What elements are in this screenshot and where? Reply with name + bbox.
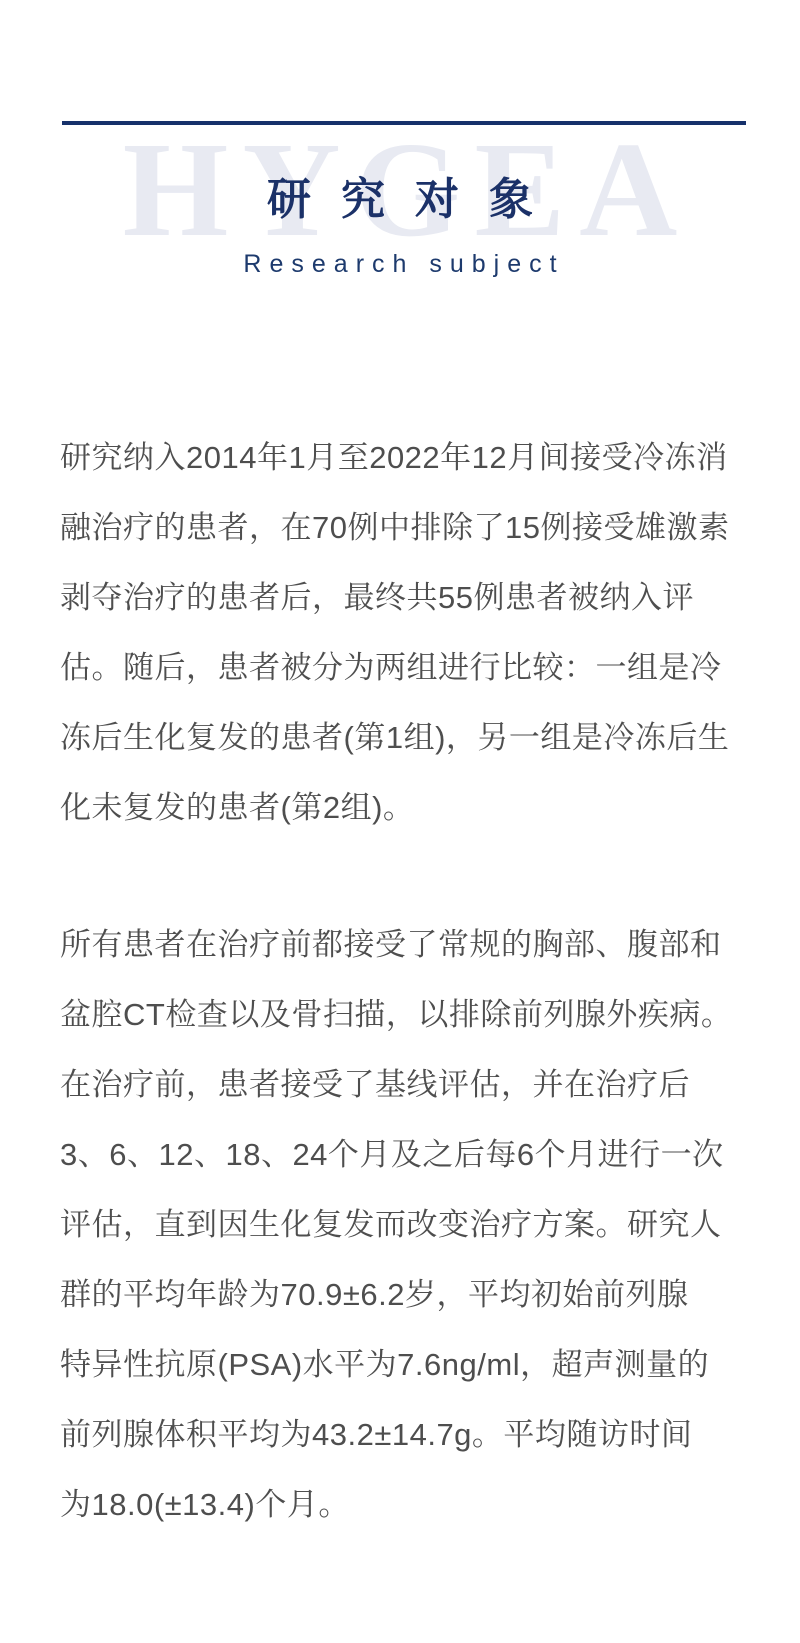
text-line: 研究纳入2014年1月至2022年12月间接受冷冻消 (60, 423, 750, 493)
text-line: 盆腔CT检查以及骨扫描，以排除前列腺外疾病。 (60, 980, 750, 1050)
text-line: 前列腺体积平均为43.2±14.7g。平均随访时间 (60, 1400, 750, 1470)
text-line: 融治疗的患者，在70例中排除了15例接受雄激素 (60, 493, 750, 563)
text-line: 评估，直到因生化复发而改变治疗方案。研究人 (60, 1190, 750, 1260)
page-subtitle: Research subject (0, 246, 800, 282)
paragraph: 研究纳入2014年1月至2022年12月间接受冷冻消融治疗的患者，在70例中排除… (60, 423, 750, 843)
paragraph: 所有患者在治疗前都接受了常规的胸部、腹部和盆腔CT检查以及骨扫描，以排除前列腺外… (60, 910, 750, 1540)
text-line: 化未复发的患者(第2组)。 (60, 773, 750, 843)
text-line: 估。随后，患者被分为两组进行比较：一组是冷 (60, 633, 750, 703)
text-line: 所有患者在治疗前都接受了常规的胸部、腹部和 (60, 910, 750, 980)
text-line: 冻后生化复发的患者(第1组)，另一组是冷冻后生 (60, 703, 750, 773)
text-line: 为18.0(±13.4)个月。 (60, 1470, 750, 1540)
page-title: 研究对象 (0, 174, 800, 226)
text-line: 在治疗前，患者接受了基线评估，并在治疗后 (60, 1050, 750, 1120)
text-line: 剥夺治疗的患者后，最终共55例患者被纳入评 (60, 563, 750, 633)
text-line: 群的平均年龄为70.9±6.2岁，平均初始前列腺 (60, 1260, 750, 1330)
text-line: 3、6、12、18、24个月及之后每6个月进行一次 (60, 1120, 750, 1190)
text-line: 特异性抗原(PSA)水平为7.6ng/ml，超声测量的 (60, 1330, 750, 1400)
body-text: 研究纳入2014年1月至2022年12月间接受冷冻消融治疗的患者，在70例中排除… (60, 423, 750, 1540)
page: { "header": { "watermark": "HYGEA", "tit… (0, 0, 800, 1643)
